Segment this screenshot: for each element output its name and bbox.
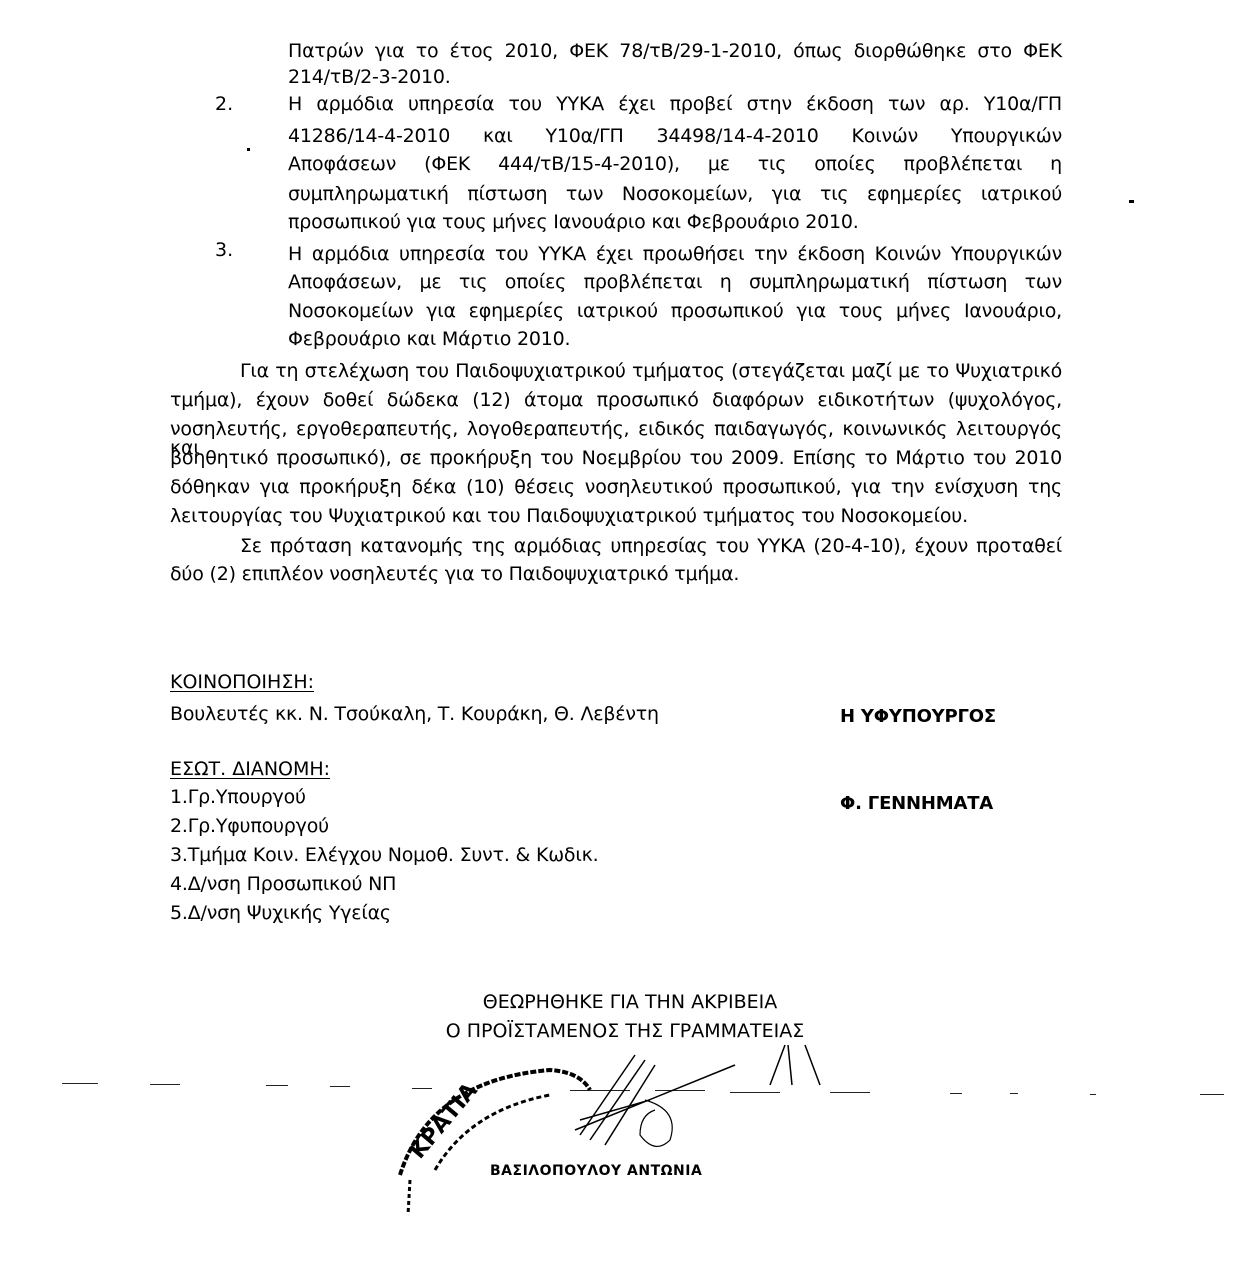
paragraph-2-line-1: Σε πρόταση κατανομής της αρμόδιας υπηρεσ… bbox=[240, 537, 1062, 556]
signature-name: Φ. ΓΕΝΝΗΜΑΤΑ bbox=[840, 795, 993, 813]
list-number-2: 2. bbox=[215, 95, 233, 114]
stamp-text: ΚΡΑΤΙΑ bbox=[405, 1079, 482, 1164]
distribution-item: 5.Δ/νση Ψυχικής Υγείας bbox=[170, 904, 391, 923]
koinopoiisi-heading: ΚΟΙΝΟΠΟΙΗΣΗ: bbox=[170, 673, 314, 692]
list-item-1-line-2: 214/τΒ/2-3-2010. bbox=[288, 68, 451, 87]
list-item-3-line-2: Αποφάσεων, με τις οποίες προβλέπεται η σ… bbox=[288, 273, 1062, 292]
eswt-dianomi-heading: ΕΣΩΤ. ΔΙΑΝΟΜΗ: bbox=[170, 760, 330, 779]
paragraph-1-line-4: βοηθητικό προσωπικό), σε προκήρυξη του Ν… bbox=[170, 449, 1062, 468]
list-item-1-line-1: Πατρών για το έτος 2010, ΦΕΚ 78/τΒ/29-1-… bbox=[288, 42, 1062, 61]
official-stamp-and-signature: ΚΡΑΤΙΑ ΒΑΣΙΛΟΠΟΥΛΟΥ ΑΝΤΩΝΙΑ bbox=[390, 1040, 850, 1270]
list-item-2-line-4: συμπληρωματική πίστωση των Νοσοκομείων, … bbox=[288, 185, 1062, 204]
signature-title: Η ΥΦΥΠΟΥΡΓΟΣ bbox=[840, 708, 996, 726]
distribution-item: 1.Γρ.Υπουργού bbox=[170, 788, 306, 807]
list-item-3-line-3: Νοσοκομείων για εφημερίες ιατρικού προσω… bbox=[288, 302, 1062, 321]
scan-speck bbox=[247, 148, 250, 151]
list-item-2-line-2: 41286/14-4-2010 και Υ10α/ΓΠ 34498/14-4-2… bbox=[288, 127, 1062, 146]
certification-line-1: ΘΕΩΡΗΘΗΚΕ ΓΙΑ ΤΗΝ ΑΚΡΙΒΕΙΑ bbox=[400, 993, 860, 1012]
koinopoiisi-recipients: Βουλευτές κκ. Ν. Τσούκαλη, Τ. Κουράκη, Θ… bbox=[170, 705, 659, 724]
distribution-item: 2.Γρ.Υφυπουργού bbox=[170, 817, 329, 836]
scan-speck bbox=[1129, 200, 1134, 203]
paragraph-1-line-6: λειτουργίας του Ψυχιατρικού και του Παιδ… bbox=[170, 507, 968, 526]
paragraph-1-line-1: Για τη στελέχωση του Παιδοψυχιατρικού τμ… bbox=[240, 362, 1062, 381]
list-item-2-line-3: Αποφάσεων (ΦΕΚ 444/τΒ/15-4-2010), με τις… bbox=[288, 155, 1062, 174]
list-item-2-line-5: προσωπικού για τους μήνες Ιανουάριο και … bbox=[288, 213, 859, 232]
distribution-item: 4.Δ/νση Προσωπικού ΝΠ bbox=[170, 875, 396, 894]
paragraph-1-line-5: δόθηκαν για προκήρυξη δέκα (10) θέσεις ν… bbox=[170, 478, 1062, 497]
distribution-item: 3.Τμήμα Κοιν. Ελέγχου Νομοθ. Συντ. & Κωδ… bbox=[170, 846, 598, 865]
certification-line-2: Ο ΠΡΟΪΣΤΑΜΕΝΟΣ ΤΗΣ ΓΡΑΜΜΑΤΕΙΑΣ bbox=[390, 1022, 860, 1041]
paragraph-1-line-2: τμήμα), έχουν δοθεί δώδεκα (12) άτομα πρ… bbox=[170, 391, 1062, 410]
paragraph-2-line-2: δύο (2) επιπλέον νοσηλευτές για το Παιδο… bbox=[170, 565, 739, 584]
list-item-3-line-1: Η αρμόδια υπηρεσία του ΥΥΚΑ έχει προωθήσ… bbox=[288, 245, 1062, 264]
stamped-name: ΒΑΣΙΛΟΠΟΥΛΟΥ ΑΝΤΩΝΙΑ bbox=[490, 1163, 702, 1179]
list-number-3: 3. bbox=[215, 241, 233, 260]
list-item-2-line-1: Η αρμόδια υπηρεσία του ΥΥΚΑ έχει προβεί … bbox=[288, 95, 1062, 114]
list-item-3-line-4: Φεβρουάριο και Μάρτιο 2010. bbox=[288, 330, 570, 349]
